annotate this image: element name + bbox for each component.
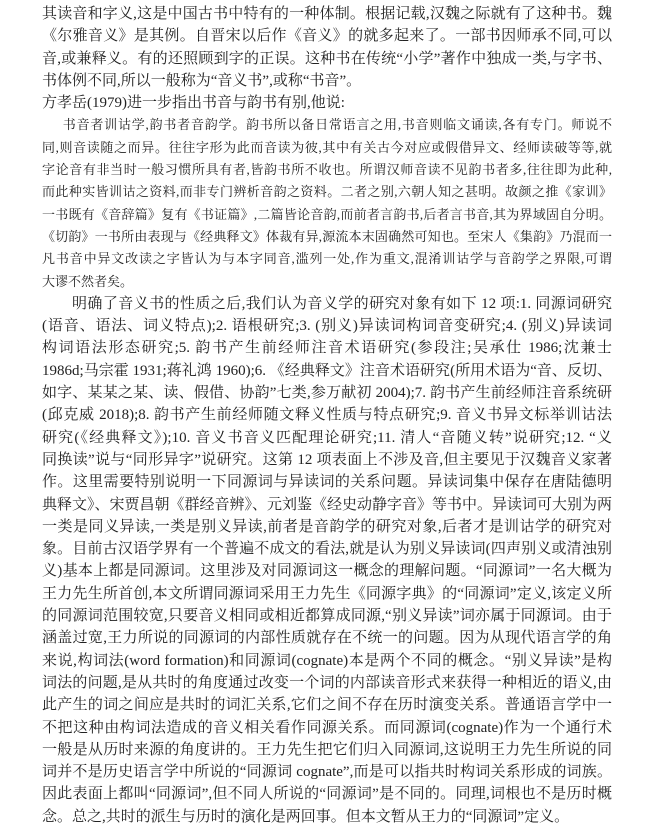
text-line: 1986d;马宗霍 1931;蒋礼鸿 1960);6. 《经典释文》注音术语研究…	[42, 360, 612, 382]
quote-line: 大谬不然者矣。	[42, 271, 612, 293]
text-line: 念。总之,共时的派生与历时的演化是两回事。但本文暂从王力的“同源词”定义。	[42, 806, 612, 828]
text-line: 因此表面上都叫“同源词”,但不同人所说的“同源词”是不同的。同理,词根也不是历时…	[42, 783, 612, 805]
text-line: 同换读”说与“同形异字”说研究。这第 12 项表面上不涉及音,但主要见于汉魏音义…	[42, 449, 612, 471]
text-line: 明确了音义书的性质之后,我们认为音义学的研究对象有如下 12 项:1. 同源词研…	[42, 293, 612, 315]
text-line: 其读音和字义,这是中国古书中特有的一种体制。根据记载,汉魏之际就有了这种书。魏孙…	[42, 3, 612, 25]
text-line: 词并不是历史语言学中所说的“同源词 cognate”,而是可以指共时构词关系形成…	[42, 761, 612, 783]
quote-line: 书音者训诂学,韵书者音韵学。韵书所以备日常语言之用,书音则临文诵读,各有专门。师…	[42, 114, 612, 136]
text-line: 的同源词范围较宽,只要音义相同或相近都算成同源,“别义异读”词亦属于同源词。由于	[42, 605, 612, 627]
paragraph-continuation: 其读音和字义,这是中国古书中特有的一种体制。根据记载,汉魏之际就有了这种书。魏孙…	[42, 3, 612, 92]
quote-line: 而此种实皆训诂之资料,而非专门辨析音韵之资料。二者之别,六朝人知之甚明。故颜之推…	[42, 181, 612, 203]
text-line: 《尔雅音义》是其例。自晋宋以后作《音义》的就多起来了。一部书因师承不同,可以有几…	[42, 25, 612, 47]
book-page: 其读音和字义,这是中国古书中特有的一种体制。根据记载,汉魏之际就有了这种书。魏孙…	[0, 0, 650, 828]
text-line: 书体例不同,所以一般称为“音义书”,或称“书音”。	[42, 70, 612, 92]
text-line: 构词语法形态研究;5. 韵书产生前经师注音术语研究(参段注;吴承仕 1986;沈…	[42, 337, 612, 359]
text-line: 不把这种由构词法造成的音义相关看作同源关系。而同源词(cognate)作为一个通…	[42, 717, 612, 739]
text-line: 研究(《经典释文》);10. 音义书音义匹配理论研究;11. 清人“音随义转”说…	[42, 427, 612, 449]
quote-line: 字论音有非当时一般习惯所具有者,皆韵书所不收也。所谓汉师音读不见韵书者多,往往即…	[42, 159, 612, 181]
text-line: (语音、语法、词义特点);2. 语根研究;3. (别义)异读词构词音变研究;4.…	[42, 315, 612, 337]
text-line: 王力先生所首创,本文所谓同源词采用王力先生《同源字典》的“同源词”定义,该定义所…	[42, 583, 612, 605]
text-line: 来说,构词法(word formation)和同源词(cognate)本是两个不…	[42, 650, 612, 672]
quote-line: 《切韵》一书所由表现与《经典释文》体裁有异,源流本末固确然可知也。至宋人《集韵》…	[42, 226, 612, 248]
quote-line: 凡书音中异文改读之字皆认为与本字同音,滥列一处,作为重文,混淆训诂学与音韵学之界…	[42, 248, 612, 270]
paragraph-intro-fang-xiaoyue: 方孝岳(1979)进一步指出书音与韵书有别,他说:	[42, 92, 612, 114]
quote-line: 一书既有《音辞篇》复有《书证篇》,二篇皆论音韵,而前者言韵书,后者言书音,其为界…	[42, 204, 612, 226]
text-line: 方孝岳(1979)进一步指出书音与韵书有别,他说:	[42, 92, 612, 114]
text-line: 象。目前古汉语学界有一个普遍不成文的看法,就是认为别义异读词(四声别义或清浊别	[42, 538, 612, 560]
paragraph-research-objects: 明确了音义书的性质之后,我们认为音义学的研究对象有如下 12 项:1. 同源词研…	[42, 293, 612, 828]
text-line: 如字、某某之某、读、假借、协韵”七类,参万献初 2004);7. 韵书产生前经师…	[42, 382, 612, 404]
blockquote-shuyin-vs-yunshu: 书音者训诂学,韵书者音韵学。韵书所以备日常语言之用,书音则临文诵读,各有专门。师…	[42, 114, 612, 292]
text-line: 作。这里需要特别说明一下同源词与异读词的关系问题。异读词集中保存在唐陆德明《经	[42, 471, 612, 493]
text-line: 词法的问题,是从共时的角度通过改变一个词的内部读音形式来获得一种相近的语义,由	[42, 672, 612, 694]
text-line: 此产生的词之间应是共时的词汇关系,它们之间不存在历时演变关系。普通语言学中一般	[42, 694, 612, 716]
text-line: 典释文》、宋贾昌朝《群经音辨》、元刘鉴《经史动静字音》等书中。异读词可大别为两类…	[42, 494, 612, 516]
text-line: 音,或兼释义。有的还照顾到字的正误。这种书在传统“小学”著作中独成一类,与字书、…	[42, 48, 612, 70]
text-line: 义)基本上都是同源词。这里涉及对同源词这一概念的理解问题。“同源词”一名大概为	[42, 560, 612, 582]
text-line: 涵盖过宽,王力所说的同源词的内部性质就存在不统一的问题。因为从现代语言学的角度	[42, 627, 612, 649]
text-line: 一类是同义异读,一类是别义异读,前者是音韵学的研究对象,后者才是训诂学的研究对	[42, 516, 612, 538]
text-line: 一般是从历时来源的角度讲的。王力先生把它们归入同源词,这说明王力先生所说的同源	[42, 739, 612, 761]
quote-line: 同,则音读随之而异。往往字形为此而音读为彼,其中有关古今对应或假借异文、经师读破…	[42, 137, 612, 159]
text-line: (邱克威 2018);8. 韵书产生前经师随文释义性质与特点研究;9. 音义书异…	[42, 404, 612, 426]
